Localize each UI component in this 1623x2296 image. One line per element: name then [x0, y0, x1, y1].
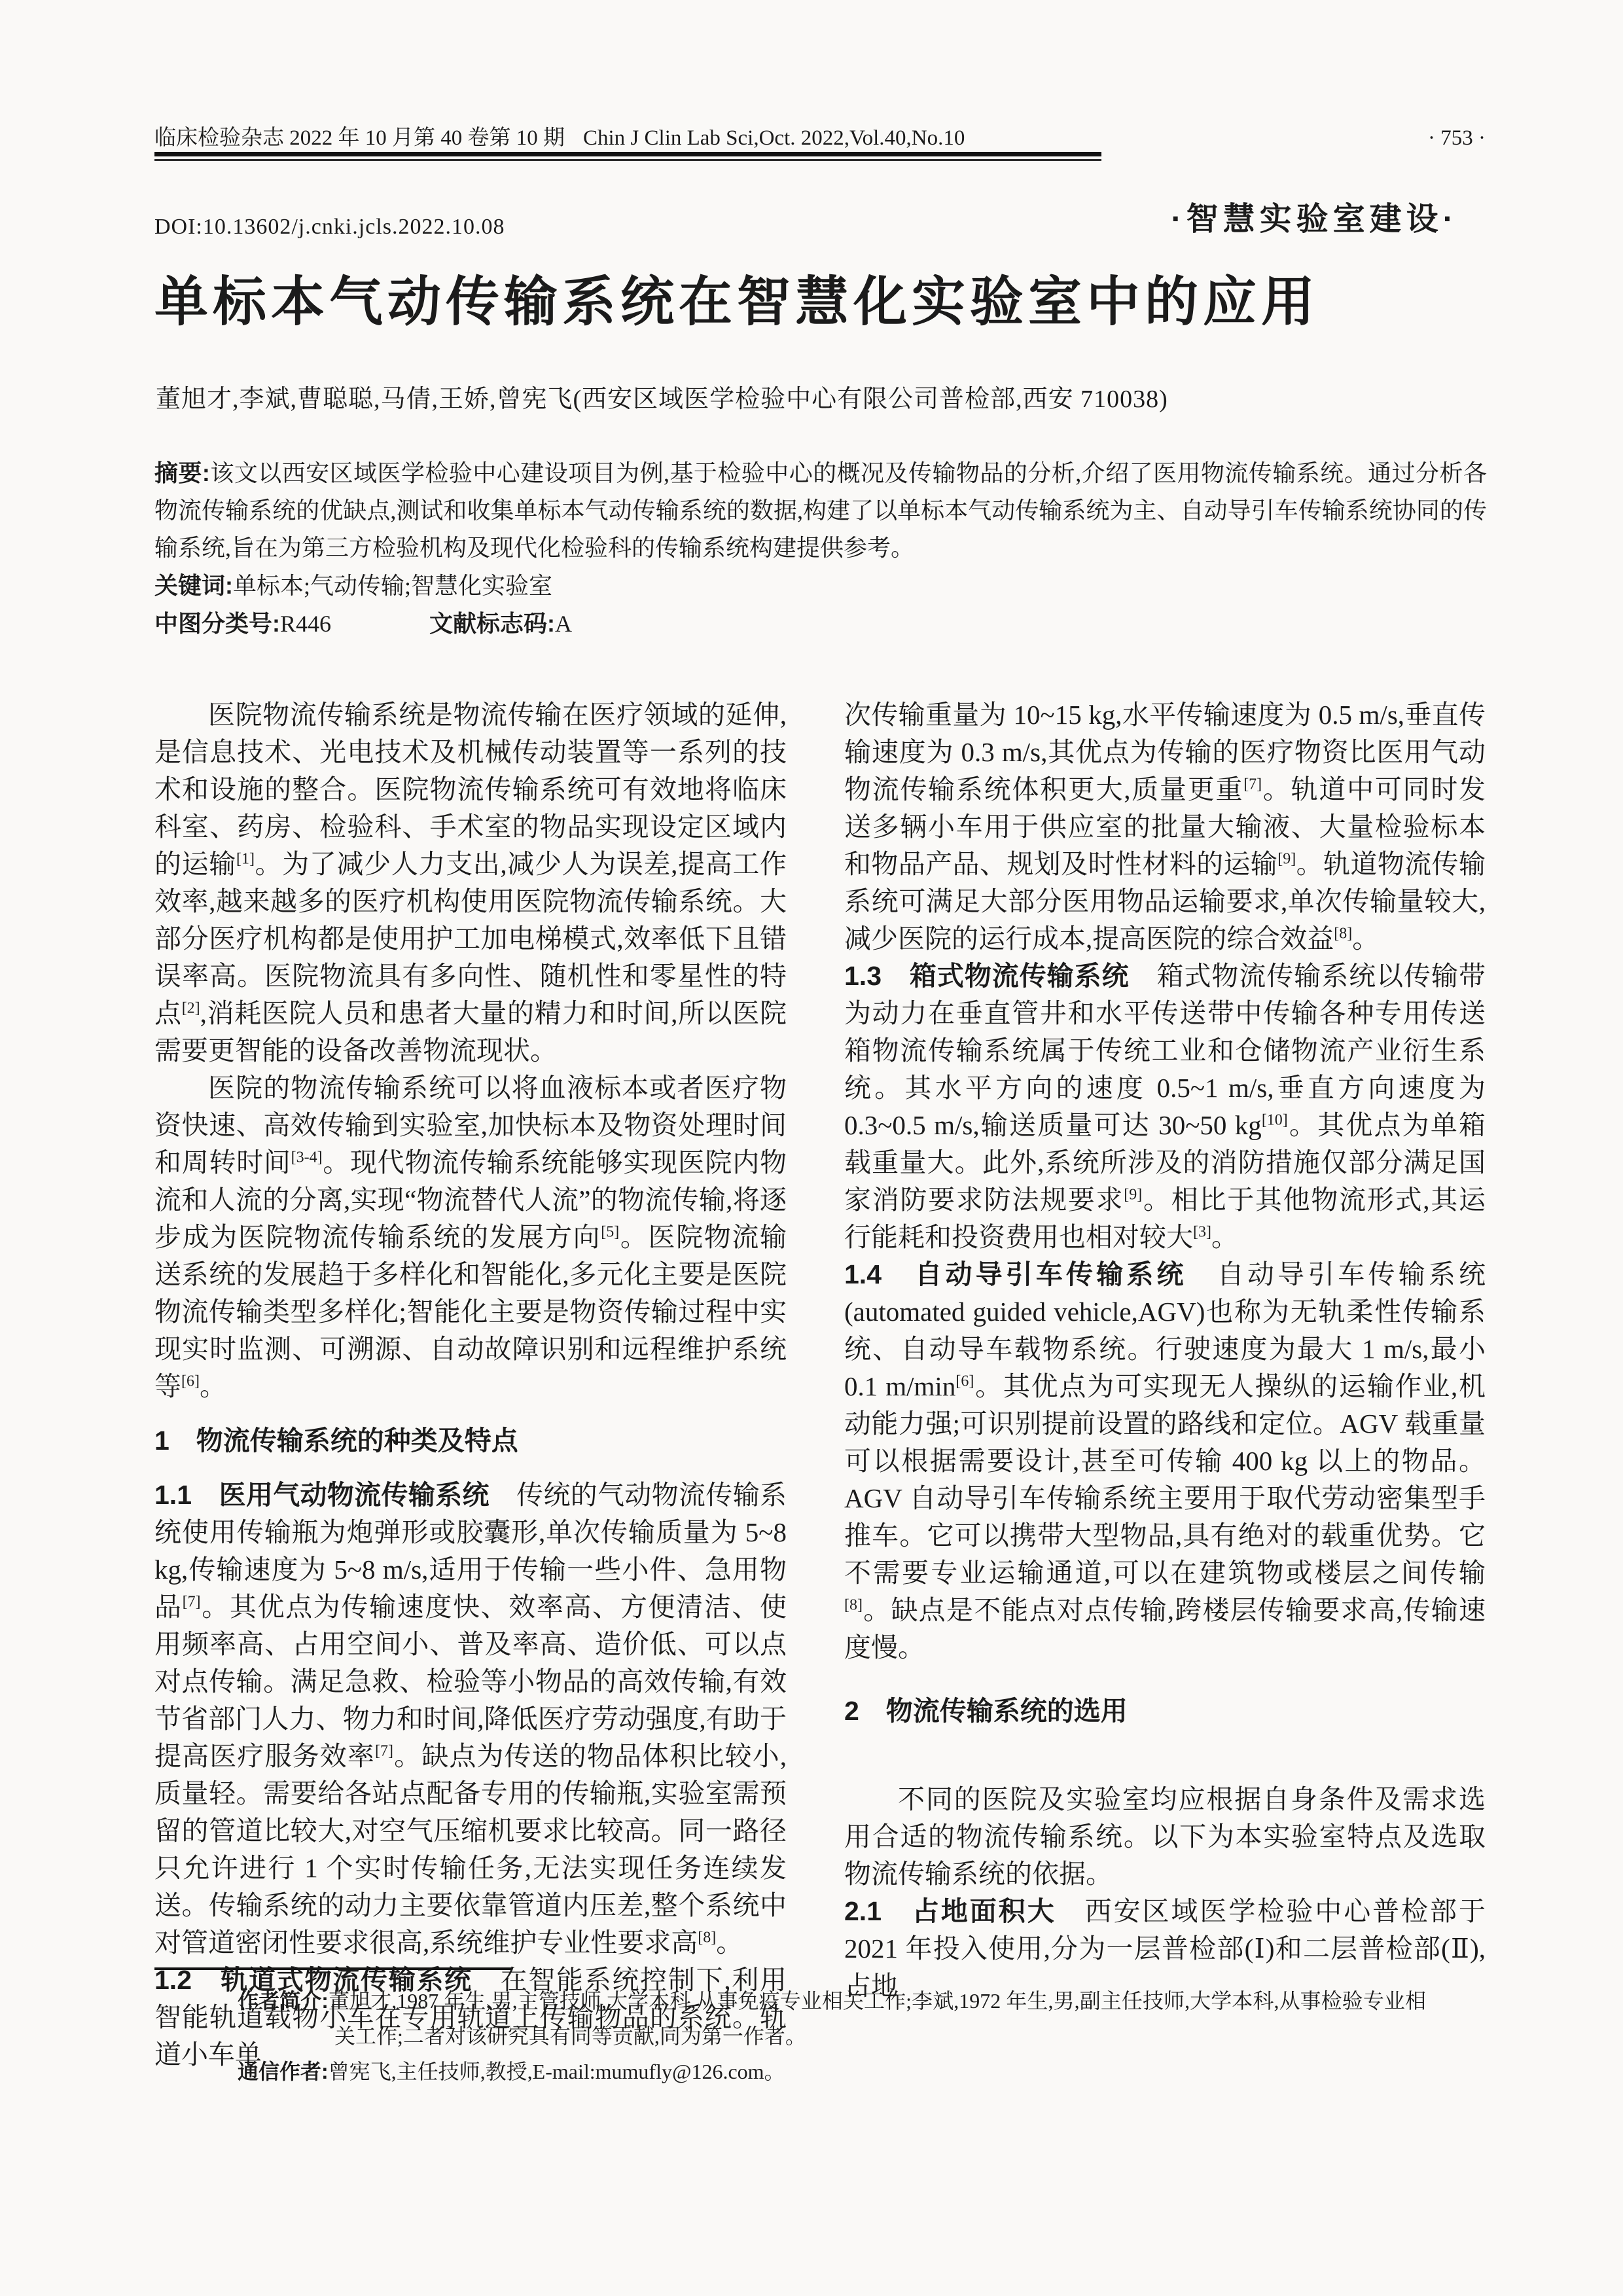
doi-line: DOI:10.13602/j.cnki.jcls.2022.10.08 — [154, 215, 505, 240]
doc-code-value: A — [555, 611, 572, 637]
citation-ref: [8] — [1334, 925, 1352, 942]
citation-ref: [2] — [182, 999, 200, 1016]
body-paragraph: 1.3 箱式物流传输系统 箱式物流传输系统以传输带为动力在垂直管井和水平传送带中… — [844, 958, 1486, 1256]
body-paragraph: 医院的物流传输系统可以将血液标本或者医疗物资快速、高效传输到实验室,加快标本及物… — [154, 1069, 787, 1405]
text-run: 。其优点为可实现无人操纵的运输作业,机动能力强;可识别提前设置的路线和定位。AG… — [844, 1371, 1486, 1588]
author-bio-line: 作者简介:董旭才,1987 年生,男,主管技师,大学本科,从事免疫专业相关工作;… — [238, 1983, 1426, 2054]
inline-subsection-heading: 1.1 医用气动物流传输系统 — [154, 1480, 490, 1510]
clc-value: R446 — [280, 611, 331, 637]
page-header: 临床检验杂志 2022 年 10 月第 40 卷第 10 期Chin J Cli… — [154, 120, 1486, 151]
citation-ref: [8] — [698, 1929, 716, 1946]
text-run: 。 — [200, 1371, 226, 1401]
citation-ref: [10] — [1262, 1111, 1288, 1128]
inline-subsection-heading: 1.3 箱式物流传输系统 — [844, 961, 1130, 991]
right-column: 次传输重量为 10~15 kg,水平传输速度为 0.5 m/s,垂直传输速度为 … — [844, 696, 1486, 2005]
text-run: 。 — [1211, 1222, 1238, 1252]
keywords-line: 关键词:单标本;气动传输;智慧化实验室 — [154, 567, 1487, 605]
text-run: 。 — [1352, 924, 1379, 954]
citation-ref: [9] — [1277, 850, 1296, 867]
citation-ref: [6] — [955, 1372, 974, 1390]
column-section-label: ·智慧实验室建设· — [1171, 194, 1458, 240]
journal-page: 临床检验杂志 2022 年 10 月第 40 卷第 10 期Chin J Cli… — [0, 0, 1623, 2296]
abstract-paragraph: 摘要:该文以西安区域医学检验中心建设项目为例,基于检验中心的概况及传输物品的分析… — [154, 454, 1487, 567]
text-run: ,消耗医院人员和患者大量的精力和时间,所以医院需要更智能的设备改善物流现状。 — [154, 998, 787, 1066]
authors-affiliation-line: 董旭才,李斌,曹聪聪,马倩,王娇,曾宪飞(西安区域医学检验中心有限公司普检部,西… — [156, 378, 1487, 414]
abstract-text: 该文以西安区域医学检验中心建设项目为例,基于检验中心的概况及传输物品的分析,介绍… — [154, 460, 1487, 561]
citation-ref: [5] — [601, 1223, 619, 1240]
article-title: 单标本气动传输系统在智慧化实验室中的应用 — [154, 259, 1486, 336]
clc-line: 中图分类号:R446文献标志码:A — [154, 605, 1487, 643]
text-run: 。缺点为传送的物品体积比较小,质量轻。需要给各站点配备专用的传输瓶,实验室需预留… — [154, 1741, 787, 1958]
citation-ref: [1] — [236, 850, 255, 867]
journal-title-en: Chin J Clin Lab Sci,Oct. 2022,Vol.40,No.… — [583, 126, 965, 150]
citation-ref: [3] — [1193, 1223, 1211, 1240]
citation-ref: [8] — [844, 1596, 863, 1613]
corresponding-author-line: 通信作者:曾宪飞,主任技师,教授,E-mail:mumufly@126.com。 — [238, 2054, 1426, 2089]
body-paragraph: 医院物流传输系统是物流传输在医疗领域的延伸,是信息技术、光电技术及机械传动装置等… — [154, 696, 787, 1069]
text-run: 。缺点是不能点对点传输,跨楼层传输要求高,传输速度慢。 — [844, 1595, 1486, 1662]
abstract-section: 摘要:该文以西安区域医学检验中心建设项目为例,基于检验中心的概况及传输物品的分析… — [154, 454, 1487, 643]
author-bio-label: 作者简介: — [238, 1989, 329, 2013]
inline-subsection-heading: 1.4 自动导引车传输系统 — [844, 1259, 1187, 1289]
author-bio-text: 董旭才,1987 年生,男,主管技师,大学本科,从事免疫专业相关工作;李斌,19… — [329, 1989, 1426, 2048]
keywords-label: 关键词: — [154, 572, 233, 599]
inline-subsection-heading: 2.1 占地面积大 — [844, 1896, 1056, 1926]
abstract-label: 摘要: — [154, 459, 210, 486]
body-paragraph: 1.1 医用气动物流传输系统 传统的气动物流传输系统使用传输瓶为炮弹形或胶囊形,… — [154, 1477, 787, 1962]
clc-label: 中图分类号: — [154, 610, 280, 637]
section-heading: 2 物流传输系统的选用 — [844, 1693, 1486, 1730]
keywords-text: 单标本;气动传输;智慧化实验室 — [233, 573, 552, 599]
body-paragraph: 不同的医院及实验室均应根据自身条件及需求选用合适的物流传输系统。以下为本实验室特… — [844, 1781, 1486, 1893]
text-run: 不同的医院及实验室均应根据自身条件及需求选用合适的物流传输系统。以下为本实验室特… — [844, 1784, 1486, 1889]
journal-title-cn: 临床检验杂志 2022 年 10 月第 40 卷第 10 期 — [154, 126, 565, 150]
page-number: · 753 · — [1428, 126, 1486, 151]
doc-code-label: 文献标志码: — [429, 610, 555, 637]
text-run: 。 — [716, 1928, 743, 1958]
footnote-divider-rule — [154, 1967, 512, 1970]
corresponding-author-label: 通信作者: — [238, 2060, 329, 2083]
header-divider-rule — [154, 152, 1101, 161]
section-heading: 1 物流传输系统的种类及特点 — [154, 1422, 787, 1460]
body-paragraph: 1.4 自动导引车传输系统 自动导引车传输系统(automated guided… — [844, 1256, 1486, 1666]
corresponding-author-text: 曾宪飞,主任技师,教授,E-mail:mumufly@126.com。 — [329, 2060, 785, 2083]
citation-ref: [6] — [181, 1372, 200, 1390]
journal-citation: 临床检验杂志 2022 年 10 月第 40 卷第 10 期Chin J Cli… — [154, 120, 965, 151]
left-column: 医院物流传输系统是物流传输在医疗领域的延伸,是信息技术、光电技术及机械传动装置等… — [154, 696, 787, 2073]
citation-ref: [3-4] — [291, 1149, 323, 1166]
citation-ref: [7] — [375, 1742, 393, 1759]
citation-ref: [7] — [1243, 776, 1262, 793]
citation-ref: [9] — [1124, 1186, 1142, 1203]
footnote-block: 作者简介:董旭才,1987 年生,男,主管技师,大学本科,从事免疫专业相关工作;… — [238, 1983, 1426, 2089]
body-paragraph: 次传输重量为 10~15 kg,水平传输速度为 0.5 m/s,垂直传输速度为 … — [844, 696, 1486, 958]
citation-ref: [7] — [183, 1593, 201, 1610]
